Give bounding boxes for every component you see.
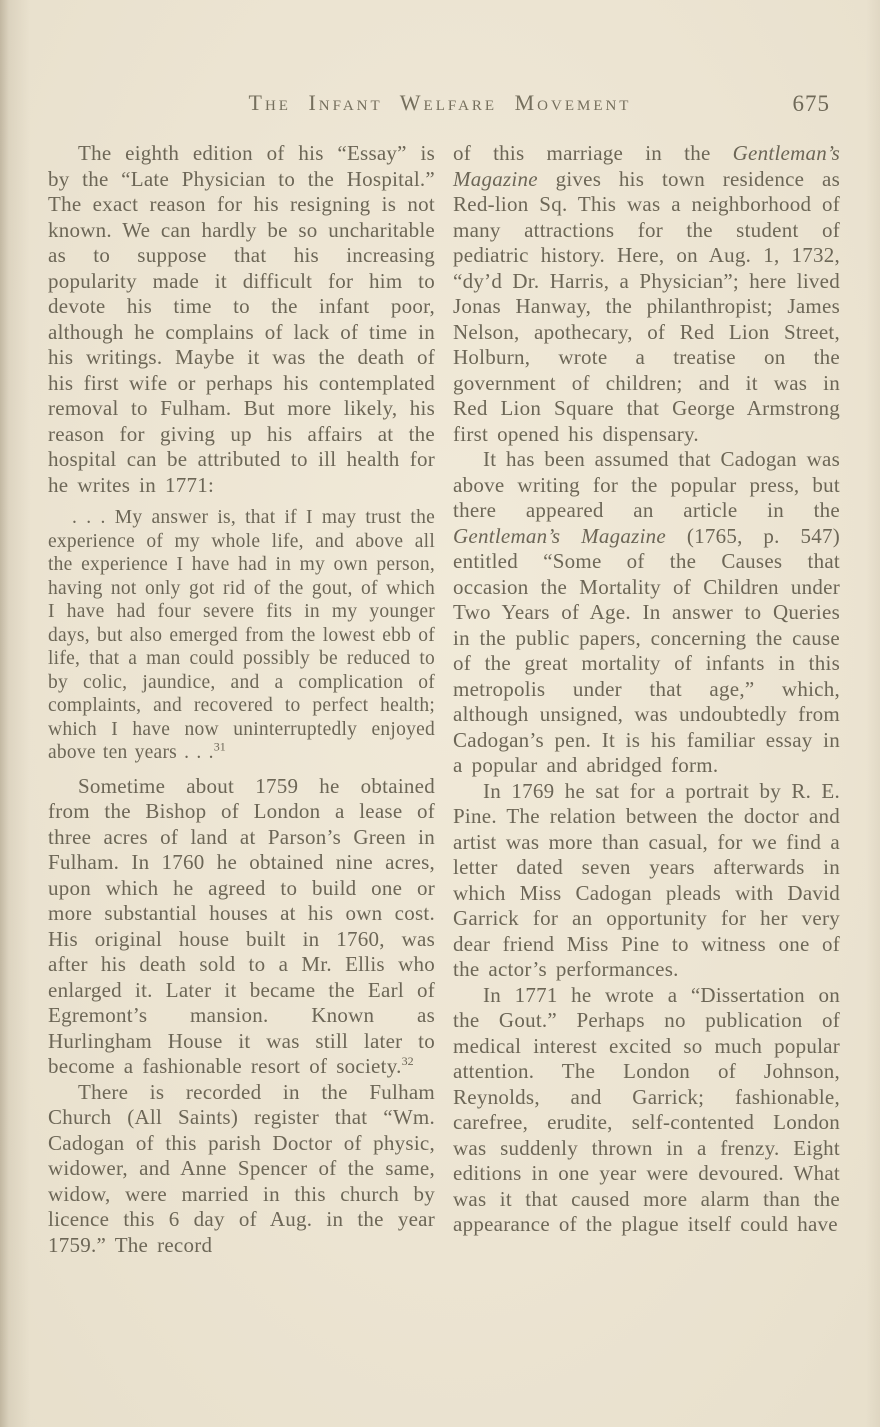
text-run: (1765, p. 547) entitled “Some of the Cau… — [453, 524, 840, 778]
italic-text: Gentleman’s Magazine — [453, 524, 666, 548]
text-run: gives his town residence as Red-lion Sq.… — [453, 167, 840, 446]
book-page-scan: The Infant Welfare Movement 675 The eigh… — [0, 0, 880, 1427]
text-run: . . . My answer is, that if I may trust … — [48, 507, 435, 763]
text-run: In 1771 he wrote a “Dissertation on the … — [453, 983, 840, 1237]
text-run: There is recorded in the Fulham Church (… — [48, 1080, 435, 1257]
paragraph: It has been assumed that Cadogan was abo… — [453, 447, 840, 779]
text-run: The eighth edition of his “Essay” is by … — [48, 141, 435, 497]
paragraph: of this marriage in the Gentleman’s Maga… — [453, 141, 840, 447]
text-run: of this marriage in the — [453, 141, 733, 165]
text-run: Sometime about 1759 he obtained from the… — [48, 774, 435, 1079]
footnote-reference: 31 — [214, 740, 226, 754]
left-column: The eighth edition of his “Essay” is by … — [48, 141, 435, 1258]
page-number: 675 — [793, 91, 831, 117]
text-run: In 1769 he sat for a portrait by R. E. P… — [453, 779, 840, 982]
paragraph: Sometime about 1759 he obtained from the… — [48, 774, 435, 1080]
footnote-reference: 32 — [402, 1054, 414, 1068]
running-title: The Infant Welfare Movement — [0, 90, 880, 116]
page-header: The Infant Welfare Movement 675 — [0, 90, 880, 124]
paragraph: In 1771 he wrote a “Dissertation on the … — [453, 983, 840, 1238]
right-column: of this marriage in the Gentleman’s Maga… — [453, 141, 840, 1258]
text-run: It has been assumed that Cadogan was abo… — [453, 447, 840, 522]
blockquote: . . . My answer is, that if I may trust … — [48, 506, 435, 765]
paragraph: There is recorded in the Fulham Church (… — [48, 1080, 435, 1259]
paragraph: In 1769 he sat for a portrait by R. E. P… — [453, 779, 840, 983]
paragraph: The eighth edition of his “Essay” is by … — [48, 141, 435, 498]
text-columns: The eighth edition of his “Essay” is by … — [48, 141, 840, 1258]
